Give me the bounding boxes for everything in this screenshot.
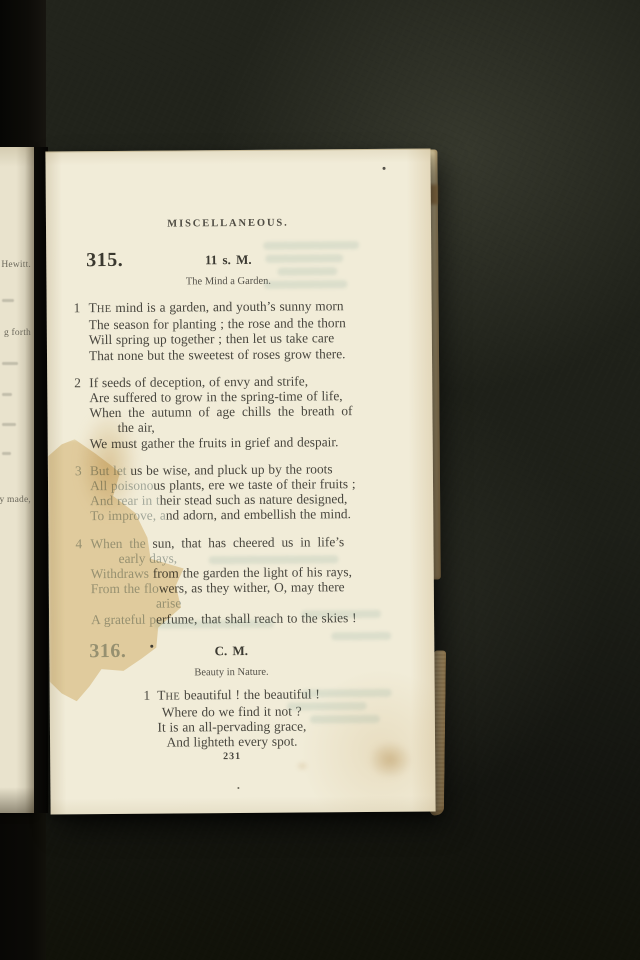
hymn-meter: C. M. <box>215 643 249 658</box>
bleed-through-line <box>310 715 380 724</box>
bleed-through-line <box>209 555 339 564</box>
facing-page-text-fragment: Hewitt. <box>1 260 31 270</box>
bleed-through-line <box>331 632 391 640</box>
verse-number: 1 <box>143 688 150 703</box>
bleed-through-line <box>277 267 337 275</box>
foxing-spot <box>296 761 308 770</box>
hymn-meter: 11 s. M. <box>205 252 252 267</box>
verse-number: 2 <box>74 375 81 390</box>
facing-page-edge: Hewitt. g forth ey made, <box>0 147 34 813</box>
bleed-through-line <box>263 280 347 289</box>
verse-line: And lighteth every spot. <box>62 733 402 751</box>
bleed-through-line <box>302 689 392 698</box>
faint-text-mark <box>2 423 16 426</box>
book-page: MISCELLANEOUS. 315. 11 s. M. The Mind a … <box>45 148 435 814</box>
ink-speck <box>237 787 239 789</box>
bleed-through-line <box>301 610 381 619</box>
faint-text-mark <box>2 299 14 302</box>
faint-text-mark <box>2 452 11 455</box>
faint-text-mark <box>2 362 18 365</box>
faint-text-mark <box>2 393 12 396</box>
foxing-spot <box>368 741 412 779</box>
ink-speck <box>383 167 386 170</box>
facing-page-text-fragment: g forth <box>4 328 31 338</box>
book-cover-shadow <box>0 808 46 960</box>
verse: 1THE mind is a garden, and youth’s sunny… <box>59 298 399 363</box>
running-header: MISCELLANEOUS. <box>58 217 398 231</box>
facing-page-text-fragment: ey made, <box>0 495 31 505</box>
page-stack: MISCELLANEOUS. 315. 11 s. M. The Mind a … <box>45 148 435 814</box>
hymn-title: The Mind a Garden. <box>58 275 398 289</box>
page-number: 231 <box>62 749 402 763</box>
bleed-through-line <box>154 620 274 629</box>
bleed-through-line <box>265 254 343 263</box>
ink-speck <box>150 645 153 648</box>
verse-line: That none but the sweetest of roses grow… <box>89 345 399 363</box>
facing-page-shadow <box>0 787 34 813</box>
verse-number: 1 <box>74 300 81 315</box>
paper-stain-core <box>77 409 140 519</box>
bleed-through-line <box>263 241 359 250</box>
hymn-number: 315. <box>86 249 123 272</box>
bleed-through-line <box>287 702 367 711</box>
book-photograph: { "page": { "running_header": "MISCELLAN… <box>0 0 640 960</box>
hymn-heading: 315. 11 s. M. <box>58 250 398 269</box>
